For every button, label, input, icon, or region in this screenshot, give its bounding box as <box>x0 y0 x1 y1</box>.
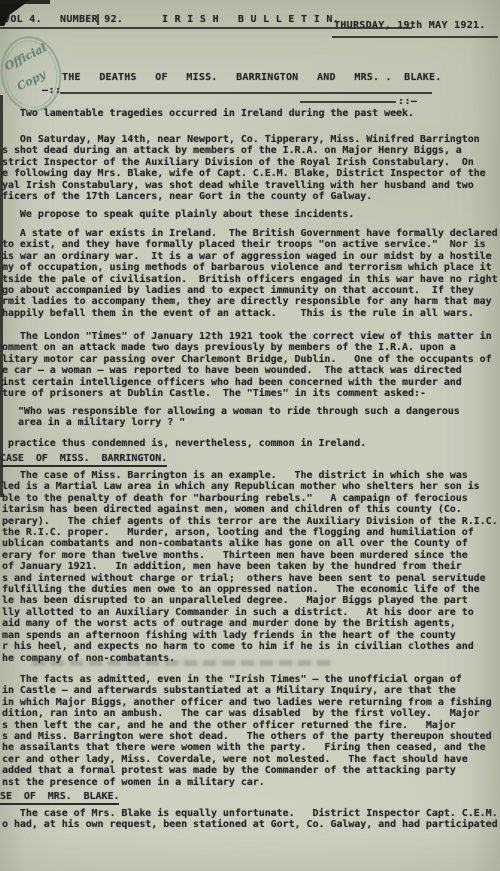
paragraph-london-times: The London "Times" of January 12th 1921 … <box>2 331 492 399</box>
ink-smudge <box>32 660 332 666</box>
header-rule <box>0 27 412 29</box>
paragraph-barrington-case: The case of Miss. Barrington is an examp… <box>2 470 498 664</box>
title-rule-left-deco: —:: <box>42 85 62 96</box>
masthead: I R I S H B U L L E T I N. <box>162 14 339 25</box>
paragraph-intro: Two lamentable tragedies occurred in Ire… <box>2 108 414 119</box>
section-heading-blake: SE OF MRS. BLAKE. <box>0 791 119 805</box>
paragraph-state-of-war: A state of war exists in Ireland. The Br… <box>2 228 498 319</box>
issue-number: NUMBER 92. <box>60 14 123 25</box>
stray-mark <box>97 14 99 25</box>
title-rule <box>60 92 432 94</box>
title-rule-right-deco: ::— <box>398 96 418 107</box>
stamp-word-official: Official <box>3 41 49 73</box>
article-title: THE DEATHS OF MISS. BARRINGTON AND MRS. … <box>62 72 441 83</box>
issue-date: THURSDAY, 19th MAY 1921. <box>334 20 486 31</box>
quote-block: "Who was responsible for allowing a woma… <box>6 406 460 429</box>
section-heading-barrington: CASE OF MISS. BARRINGTON. <box>0 453 167 467</box>
issue-volume: VOL 4. <box>4 14 42 25</box>
paragraph-blake-case: The case of Mrs. Blake is equally unfort… <box>2 808 498 831</box>
title-rule-2 <box>300 101 396 103</box>
paragraph-propose: We propose to speak quite plainly about … <box>2 209 354 220</box>
top-edge-mark <box>0 0 50 4</box>
paragraph-practice: practice thus condemned is, nevertheless… <box>2 438 366 449</box>
paragraph-facts: The facts as admitted, even in the "Iris… <box>2 674 492 788</box>
paragraph-incidents: On Saturday, May 14th, near Newport, Co.… <box>2 134 486 202</box>
date-underline <box>332 36 498 38</box>
